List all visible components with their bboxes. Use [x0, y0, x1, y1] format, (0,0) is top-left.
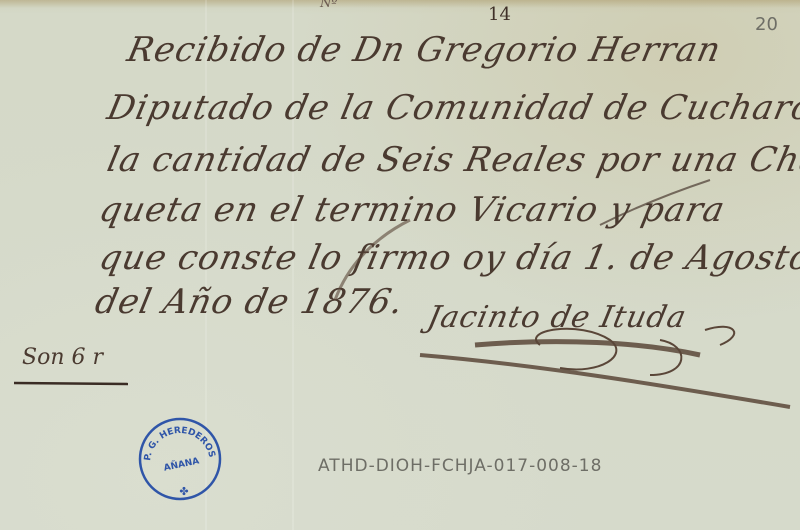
signature-rubric [705, 327, 734, 345]
signature-rubric [536, 329, 616, 370]
archive-reference: ATHD-DIOH-FCHJA-017-008-18 [318, 456, 602, 476]
stamp-center-text: AÑANA [163, 455, 200, 473]
ink-flourishes [0, 0, 800, 530]
stamp-clover-icon: ✤ [179, 485, 188, 498]
stamp-ring-text: P. G. HEREDEROS SALINAS [138, 417, 217, 461]
amount-underline [14, 383, 128, 384]
signature-rubric [475, 342, 700, 355]
archive-stamp: P. G. HEREDEROS SALINAS AÑANA ✤ [138, 417, 222, 501]
document-scan: Nº 14 20 Recibido de Dn Gregorio Herran … [0, 0, 800, 530]
